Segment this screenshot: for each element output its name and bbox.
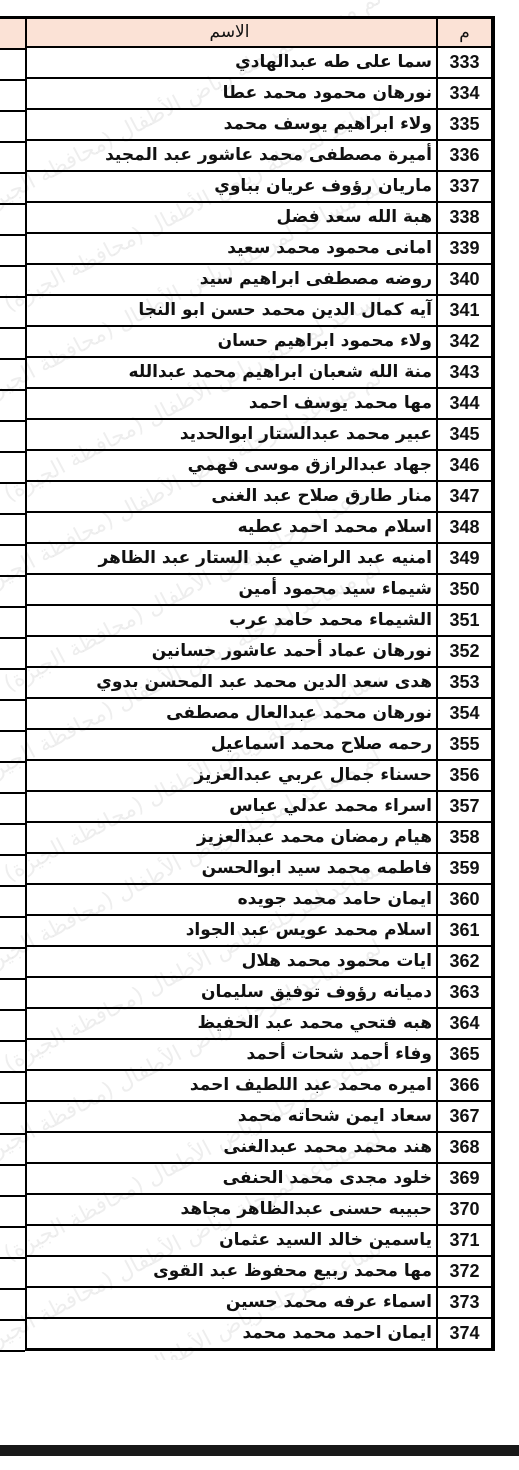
table-row: 335ولاء ابراهيم يوسف محمد (26, 109, 493, 140)
row-number: 338 (437, 202, 493, 233)
left-column-cell (0, 174, 25, 205)
left-column-cell (0, 236, 25, 267)
row-number: 367 (437, 1101, 493, 1132)
table-row: 348اسلام محمد احمد عطيه (26, 512, 493, 543)
left-column-cell (0, 1073, 25, 1104)
left-column-cell (0, 1259, 25, 1290)
row-name: حسناء جمال عربي عبدالعزيز (26, 760, 437, 791)
table-row: 359فاطمه محمد سيد ابوالحسن (26, 853, 493, 884)
left-column-cell (0, 205, 25, 236)
left-column-cell (0, 1290, 25, 1321)
left-column-cell (0, 50, 25, 81)
row-name: دميانه رؤوف توفيق سليمان (26, 977, 437, 1008)
row-name: هيام رمضان محمد عبدالعزيز (26, 822, 437, 853)
header-number: م (437, 18, 493, 48)
table-row: 353هدى سعد الدين محمد عبد المحسن بدوي (26, 667, 493, 698)
left-column-cell (0, 267, 25, 298)
table-row: 362ايات محمود محمد هلال (26, 946, 493, 977)
left-column-cell (0, 546, 25, 577)
left-column-cell (0, 639, 25, 670)
left-column-cell (0, 453, 25, 484)
row-number: 355 (437, 729, 493, 760)
left-column-cell (0, 825, 25, 856)
left-column-cell (0, 81, 25, 112)
left-column-cell (0, 794, 25, 825)
left-column-cell (0, 422, 25, 453)
left-column-cell (0, 608, 25, 639)
row-name: ماريان رؤوف عريان بباوي (26, 171, 437, 202)
row-name: امنيه عبد الراضي عبد الستار عبد الظاهر (26, 543, 437, 574)
table-row: 352نورهان عماد أحمد عاشور حسانين (26, 636, 493, 667)
row-number: 341 (437, 295, 493, 326)
table-row: 341آيه كمال الدين محمد حسن ابو النجا (26, 295, 493, 326)
row-number: 371 (437, 1225, 493, 1256)
row-number: 361 (437, 915, 493, 946)
table-row: 360ايمان حامد محمد جويده (26, 884, 493, 915)
row-name: آيه كمال الدين محمد حسن ابو النجا (26, 295, 437, 326)
left-column-cell (0, 1228, 25, 1259)
row-name: هدى سعد الدين محمد عبد المحسن بدوي (26, 667, 437, 698)
row-name: سما على طه عبدالهادي (26, 47, 437, 78)
left-column-cell (0, 887, 25, 918)
row-number: 346 (437, 450, 493, 481)
table-row: 365وفاء أحمد شحات أحمد (26, 1039, 493, 1070)
row-number: 348 (437, 512, 493, 543)
row-name: مها محمد ربيع محفوظ عبد القوى (26, 1256, 437, 1287)
row-name: هبه فتحي محمد عبد الحفيظ (26, 1008, 437, 1039)
table-row: 372مها محمد ربيع محفوظ عبد القوى (26, 1256, 493, 1287)
table-row: 349امنيه عبد الراضي عبد الستار عبد الظاه… (26, 543, 493, 574)
row-number: 370 (437, 1194, 493, 1225)
left-column-cell (0, 732, 25, 763)
row-number: 344 (437, 388, 493, 419)
table-row: 373اسماء عرفه محمد حسين (26, 1287, 493, 1318)
left-truncated-column (0, 16, 25, 1352)
row-name: اميره محمد عبد اللطيف احمد (26, 1070, 437, 1101)
row-number: 366 (437, 1070, 493, 1101)
table-row: 374ايمان احمد محمد محمد (26, 1318, 493, 1350)
row-name: ولاء ابراهيم يوسف محمد (26, 109, 437, 140)
table-row: 369خلود مجدى محمد الحنفى (26, 1163, 493, 1194)
left-column-cell (0, 918, 25, 949)
row-number: 365 (437, 1039, 493, 1070)
row-name: نورهان محمود محمد عطا (26, 78, 437, 109)
row-name: سعاد ايمن شحاته محمد (26, 1101, 437, 1132)
table-row: 354نورهان محمد عبدالعال مصطفى (26, 698, 493, 729)
left-column-cell (0, 1042, 25, 1073)
row-number: 373 (437, 1287, 493, 1318)
row-number: 357 (437, 791, 493, 822)
table-row: 363دميانه رؤوف توفيق سليمان (26, 977, 493, 1008)
table-row: 340روضه مصطفى ابراهيم سيد (26, 264, 493, 295)
left-column-cell (0, 515, 25, 546)
row-name: عبير محمد عبدالستار ابوالحديد (26, 419, 437, 450)
table-row: 338هبة الله سعد فضل (26, 202, 493, 233)
table-header-row: م الاسم (26, 18, 493, 48)
row-number: 337 (437, 171, 493, 202)
row-name: ايات محمود محمد هلال (26, 946, 437, 977)
table-row: 351الشيماء محمد حامد عرب (26, 605, 493, 636)
table-row: 350شيماء سيد محمود أمين (26, 574, 493, 605)
row-name: اسلام محمد احمد عطيه (26, 512, 437, 543)
left-column-cell (0, 763, 25, 794)
left-column-cell (0, 298, 25, 329)
row-name: ايمان حامد محمد جويده (26, 884, 437, 915)
row-name: ياسمين خالد السيد عثمان (26, 1225, 437, 1256)
row-number: 354 (437, 698, 493, 729)
left-column-cell (0, 484, 25, 515)
row-number: 335 (437, 109, 493, 140)
row-number: 351 (437, 605, 493, 636)
row-number: 359 (437, 853, 493, 884)
left-column-cell (0, 1321, 25, 1352)
row-name: منار طارق صلاح عبد الغنى (26, 481, 437, 512)
row-number: 347 (437, 481, 493, 512)
row-number: 356 (437, 760, 493, 791)
table-row: 339امانى محمود محمد سعيد (26, 233, 493, 264)
row-number: 345 (437, 419, 493, 450)
row-name: شيماء سيد محمود أمين (26, 574, 437, 605)
table-row: 343منة الله شعبان ابراهيم محمد عبدالله (26, 357, 493, 388)
table-row: 344مها محمد يوسف احمد (26, 388, 493, 419)
table-row: 357اسراء محمد عدلي عباس (26, 791, 493, 822)
row-number: 363 (437, 977, 493, 1008)
row-name: فاطمه محمد سيد ابوالحسن (26, 853, 437, 884)
left-column-cell (0, 329, 25, 360)
row-number: 339 (437, 233, 493, 264)
table-row: 334نورهان محمود محمد عطا (26, 78, 493, 109)
table-row: 333سما على طه عبدالهادي (26, 47, 493, 78)
left-column-cell (0, 1166, 25, 1197)
table-row: 358هيام رمضان محمد عبدالعزيز (26, 822, 493, 853)
row-number: 353 (437, 667, 493, 698)
row-name: اسلام محمد عويس عبد الجواد (26, 915, 437, 946)
table-row: 346جهاد عبدالرازق موسى فهمي (26, 450, 493, 481)
row-name: اسراء محمد عدلي عباس (26, 791, 437, 822)
left-column-cell (0, 143, 25, 174)
row-number: 343 (437, 357, 493, 388)
left-column-cell (0, 980, 25, 1011)
row-number: 358 (437, 822, 493, 853)
row-number: 342 (437, 326, 493, 357)
row-number: 368 (437, 1132, 493, 1163)
table-row: 342ولاء محمود ابراهيم حسان (26, 326, 493, 357)
left-column-cell (0, 577, 25, 608)
left-column-cell (0, 670, 25, 701)
left-column-cell (0, 112, 25, 143)
row-number: 364 (437, 1008, 493, 1039)
row-number: 369 (437, 1163, 493, 1194)
row-name: نورهان محمد عبدالعال مصطفى (26, 698, 437, 729)
left-column-header (0, 19, 25, 50)
row-number: 336 (437, 140, 493, 171)
table-row: 347منار طارق صلاح عبد الغنى (26, 481, 493, 512)
header-name: الاسم (26, 18, 437, 48)
table-row: 371ياسمين خالد السيد عثمان (26, 1225, 493, 1256)
left-column-cell (0, 1197, 25, 1228)
row-name: هبة الله سعد فضل (26, 202, 437, 233)
row-number: 372 (437, 1256, 493, 1287)
row-name: جهاد عبدالرازق موسى فهمي (26, 450, 437, 481)
table-row: 367سعاد ايمن شحاته محمد (26, 1101, 493, 1132)
row-number: 334 (437, 78, 493, 109)
row-name: مها محمد يوسف احمد (26, 388, 437, 419)
row-name: امانى محمود محمد سعيد (26, 233, 437, 264)
table-row: 355رحمه صلاح محمد اسماعيل (26, 729, 493, 760)
table-row: 345عبير محمد عبدالستار ابوالحديد (26, 419, 493, 450)
row-name: روضه مصطفى ابراهيم سيد (26, 264, 437, 295)
row-name: هند محمد محمد عبدالغنى (26, 1132, 437, 1163)
row-name: ايمان احمد محمد محمد (26, 1318, 437, 1350)
left-column-cell (0, 949, 25, 980)
left-column-cell (0, 360, 25, 391)
table-row: 364هبه فتحي محمد عبد الحفيظ (26, 1008, 493, 1039)
row-name: منة الله شعبان ابراهيم محمد عبدالله (26, 357, 437, 388)
row-name: الشيماء محمد حامد عرب (26, 605, 437, 636)
row-number: 349 (437, 543, 493, 574)
row-name: حبيبه حسنى عبدالظاهر مجاهد (26, 1194, 437, 1225)
left-column-cell (0, 1011, 25, 1042)
table-row: 356حسناء جمال عربي عبدالعزيز (26, 760, 493, 791)
bottom-bar (0, 1445, 519, 1456)
table-row: 361اسلام محمد عويس عبد الجواد (26, 915, 493, 946)
left-column-cell (0, 856, 25, 887)
table-row: 368هند محمد محمد عبدالغنى (26, 1132, 493, 1163)
row-name: اسماء عرفه محمد حسين (26, 1287, 437, 1318)
row-number: 374 (437, 1318, 493, 1350)
row-name: وفاء أحمد شحات أحمد (26, 1039, 437, 1070)
table-row: 336أميرة مصطفى محمد عاشور عبد المجيد (26, 140, 493, 171)
left-column-cell (0, 1104, 25, 1135)
left-column-cell (0, 391, 25, 422)
row-number: 350 (437, 574, 493, 605)
row-number: 360 (437, 884, 493, 915)
row-name: رحمه صلاح محمد اسماعيل (26, 729, 437, 760)
row-number: 333 (437, 47, 493, 78)
left-column-cell (0, 701, 25, 732)
row-name: أميرة مصطفى محمد عاشور عبد المجيد (26, 140, 437, 171)
names-table: م الاسم 333سما على طه عبدالهادي334نورهان… (25, 16, 495, 1351)
row-number: 352 (437, 636, 493, 667)
row-name: نورهان عماد أحمد عاشور حسانين (26, 636, 437, 667)
row-number: 362 (437, 946, 493, 977)
left-column-cell (0, 1135, 25, 1166)
row-name: خلود مجدى محمد الحنفى (26, 1163, 437, 1194)
row-number: 340 (437, 264, 493, 295)
table-row: 337ماريان رؤوف عريان بباوي (26, 171, 493, 202)
table-row: 366اميره محمد عبد اللطيف احمد (26, 1070, 493, 1101)
row-name: ولاء محمود ابراهيم حسان (26, 326, 437, 357)
table-row: 370حبيبه حسنى عبدالظاهر مجاهد (26, 1194, 493, 1225)
